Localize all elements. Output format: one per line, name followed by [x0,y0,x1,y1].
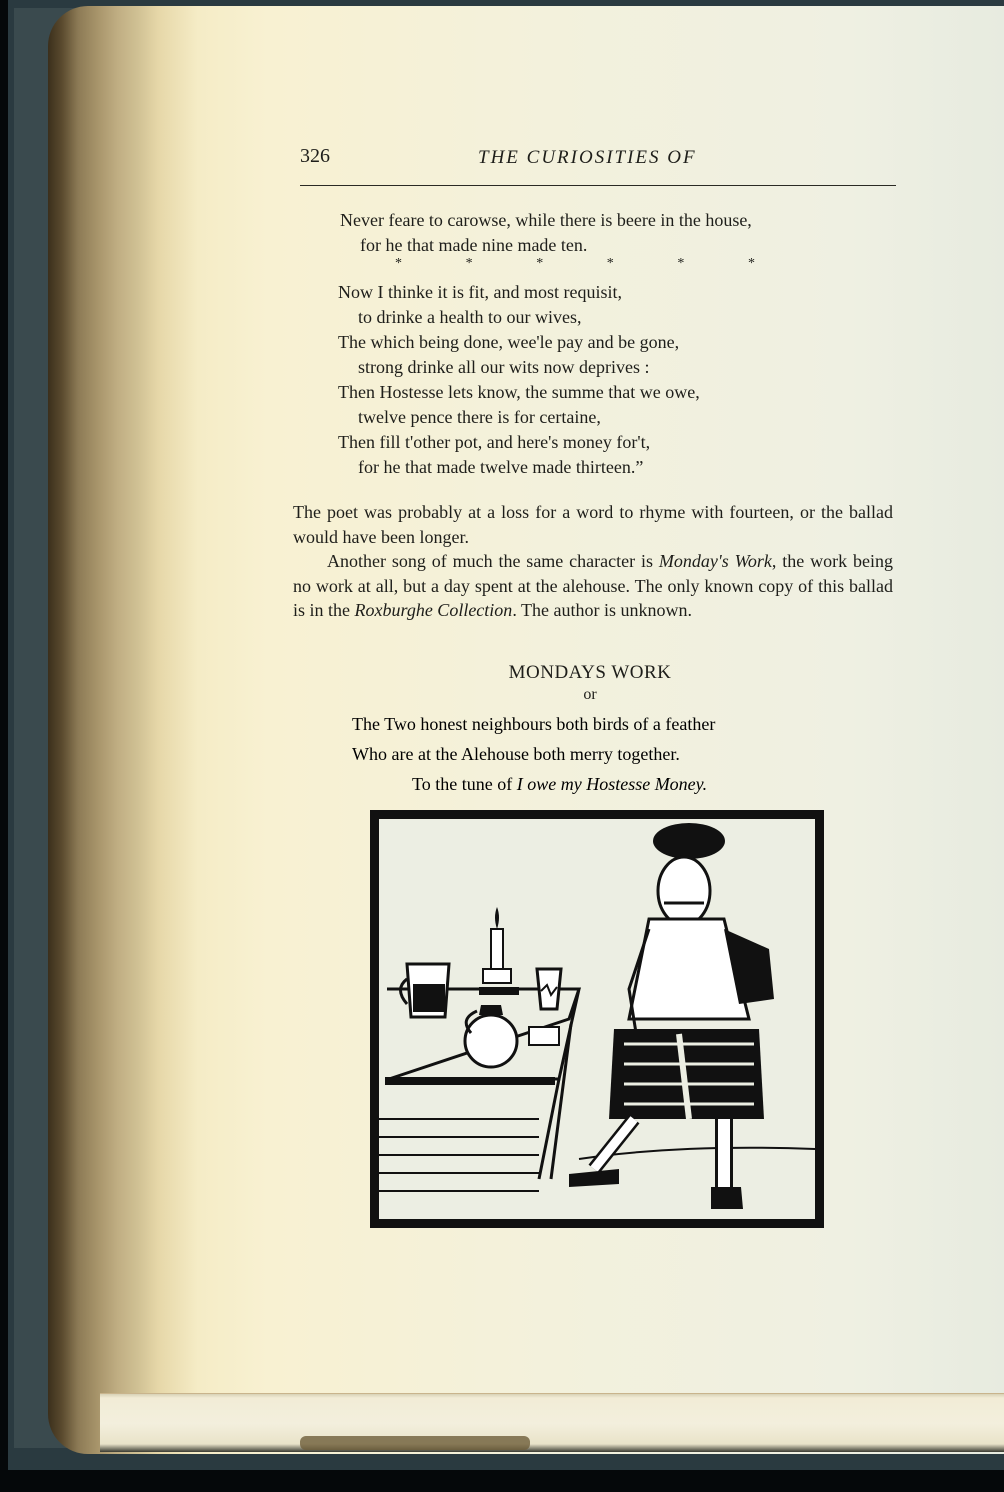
verse-line: strong drinke all our wits now deprives … [338,355,700,380]
verse-line: for he that made nine made ten. [340,233,752,258]
ballad-or: or [340,686,840,704]
woodcut-illustration [370,810,824,1228]
title-mondays-work: Monday's Work [659,551,772,571]
ballad-subtitle-1: The Two honest neighbours both birds of … [352,714,715,735]
asterisk: * [536,256,543,274]
asterisk: * [607,256,614,274]
verse-line: to drinke a health to our wives, [338,305,700,330]
section-separator: * * * * * * [395,256,755,274]
verse-line: Then fill t'other pot, and here's money … [338,430,700,455]
running-title: THE CURIOSITIES OF [478,147,697,169]
asterisk: * [677,256,684,274]
title-roxburghe-collection: Roxburghe Collection [355,600,513,620]
verse-line: twelve pence there is for certaine, [338,405,700,430]
verse-line: The which being done, wee'le pay and be … [338,330,700,355]
ballad-tune: To the tune of I owe my Hostesse Money. [412,774,707,795]
text-run: To the tune of [412,774,517,794]
ballad-title: MONDAYS WORK [340,662,840,684]
ballad-heading: MONDAYS WORK or [340,662,840,704]
text-run: Another song of much the same character … [327,551,659,571]
verse-top: Never feare to carowse, while there is b… [340,208,752,258]
paragraph-1: The poet was probably at a loss for a wo… [293,500,893,549]
prose-body: The poet was probably at a loss for a wo… [293,500,893,623]
text-run: . The author is unknown. [512,600,692,620]
verse-line: Then Hostesse lets know, the summe that … [338,380,700,405]
ballad-subtitle-2: Who are at the Alehouse both merry toget… [352,744,680,765]
asterisk: * [466,256,473,274]
verse-main: Now I thinke it is fit, and most requisi… [338,280,700,480]
tune-name: I owe my Hostesse Money. [517,774,707,794]
page-bottom-edge [100,1393,1004,1452]
verse-line: Now I thinke it is fit, and most requisi… [338,280,700,305]
edge-stain [300,1436,530,1450]
asterisk: * [748,256,755,274]
verse-line: Never feare to carowse, while there is b… [340,208,752,233]
running-head: 326 THE CURIOSITIES OF [300,145,896,186]
woodcut-figure-icon [379,819,815,1219]
paragraph-2: Another song of much the same character … [293,549,893,623]
asterisk: * [395,256,402,274]
verse-line: for he that made twelve made thirteen.” [338,455,700,480]
page-number: 326 [300,145,330,168]
